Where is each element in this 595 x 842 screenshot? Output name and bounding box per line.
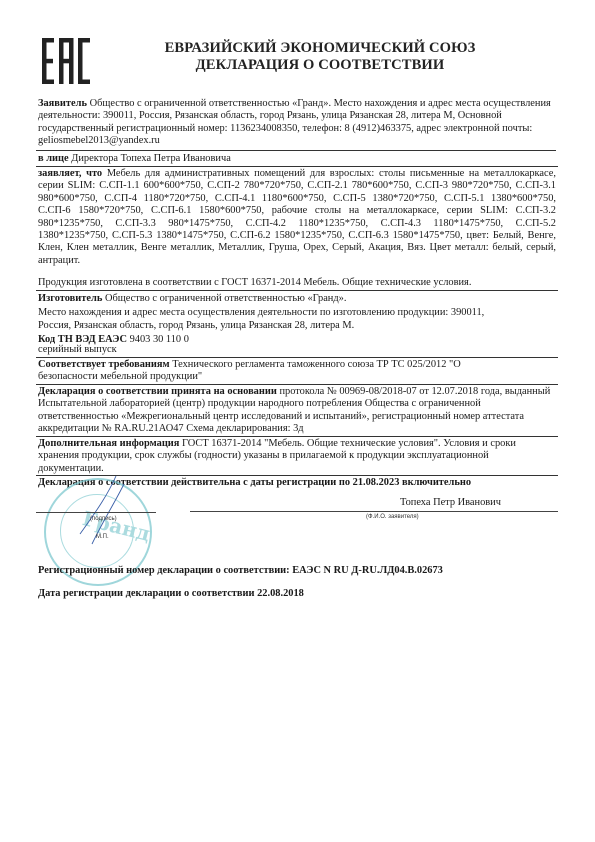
- signature-caption: (подпись): [90, 516, 117, 522]
- divider: [36, 166, 558, 167]
- declares-section: заявляет, что Мебель для административны…: [38, 168, 556, 267]
- divider: [36, 384, 558, 385]
- additional-info-label: Дополнительная информация: [38, 438, 179, 449]
- standard-line: Продукция изготовлена в соответствии с Г…: [38, 277, 556, 289]
- declaration-title: ДЕКЛАРАЦИЯ О СООТВЕТСТВИИ: [150, 57, 490, 74]
- signature-line: [36, 512, 156, 513]
- manufacturer-address: Место нахождения и адрес места осуществл…: [38, 306, 508, 333]
- name-line: [190, 511, 558, 512]
- conforms-section: Соответствует требованиям Технического р…: [38, 359, 513, 384]
- basis-section: Декларация о соответствии принята на осн…: [38, 386, 556, 436]
- represented-by-label: в лице: [38, 153, 69, 164]
- applicant-text: Общество с ограниченной ответственностью…: [38, 98, 551, 146]
- declares-label: заявляет, что: [38, 168, 102, 179]
- seal-caption: М.П.: [96, 534, 109, 540]
- eac-logo: [42, 38, 90, 84]
- registration-date: Дата регистрации декларации о соответств…: [38, 588, 556, 600]
- divider: [36, 150, 556, 151]
- divider: [36, 290, 558, 291]
- divider: [36, 357, 558, 358]
- declares-text: Мебель для административных помещений дл…: [38, 168, 556, 266]
- represented-by-text: Директора Топеха Петра Ивановича: [71, 153, 231, 164]
- manufacturer-section: Изготовитель Общество с ограниченной отв…: [38, 292, 556, 346]
- divider: [36, 436, 558, 437]
- manufacturer-label: Изготовитель: [38, 293, 102, 304]
- registration-number: Регистрационный номер декларации о соотв…: [38, 565, 556, 577]
- registration-date-value: 22.08.2018: [257, 588, 304, 599]
- applicant-name: Топеха Петр Иванович: [400, 497, 550, 509]
- manufacturer-text: Общество с ограниченной ответственностью…: [105, 293, 347, 304]
- applicant-section: Заявитель Общество с ограниченной ответс…: [38, 98, 556, 148]
- applicant-label: Заявитель: [38, 98, 87, 109]
- registration-date-label: Дата регистрации декларации о соответств…: [38, 588, 255, 599]
- represented-by-section: в лице Директора Топеха Петра Ивановича: [38, 153, 556, 165]
- production-type: серийный выпуск: [38, 344, 556, 356]
- document-header: ЕВРАЗИЙСКИЙ ЭКОНОМИЧЕСКИЙ СОЮЗ ДЕКЛАРАЦИ…: [150, 40, 490, 74]
- basis-label: Декларация о соответствии принята на осн…: [38, 386, 277, 397]
- union-title: ЕВРАЗИЙСКИЙ ЭКОНОМИЧЕСКИЙ СОЮЗ: [150, 40, 490, 57]
- registration-number-label: Регистрационный номер декларации о соотв…: [38, 565, 290, 576]
- registration-number-value: ЕАЭС N RU Д-RU.ЛД04.В.02673: [292, 565, 443, 576]
- conforms-label: Соответствует требованиям: [38, 359, 170, 370]
- name-caption: (Ф.И.О. заявителя): [366, 514, 419, 520]
- additional-info-section: Дополнительная информация ГОСТ 16371-201…: [38, 438, 538, 475]
- eac-mark-icon: [42, 38, 90, 84]
